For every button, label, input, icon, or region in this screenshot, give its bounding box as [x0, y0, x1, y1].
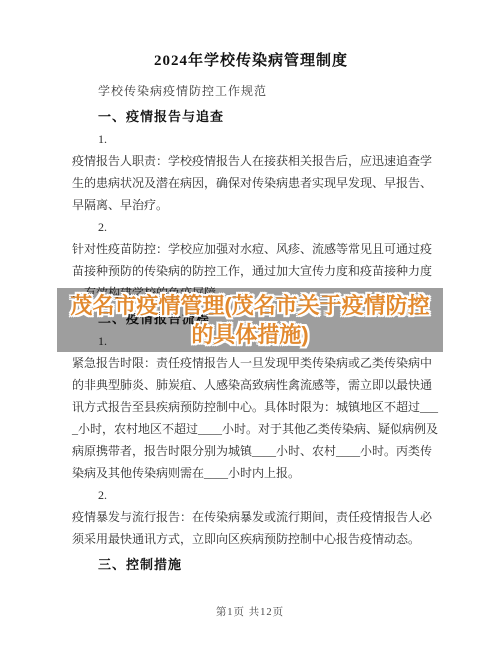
doc-subtitle: 学校传染病疫情防控工作规范 — [98, 80, 430, 102]
paragraph: 疫情报告人职责：学校疫情报告人在接获相关报告后，应迅速追查学生的患病状况及潜在病… — [72, 150, 430, 216]
paragraph: 紧急报告时限：责任疫情报告人一旦发现甲类传染病或乙类传染病中的非典型肺炎、肺炭疽… — [72, 352, 430, 484]
paragraph-line: 早隔离、早治疗。 — [72, 194, 430, 216]
paragraph-line: 须采用最快通讯方式，立即向区疾病预防控制中心报告疫情动态。 — [72, 528, 430, 550]
watermark-band: 茂名市疫情管理(茂名市关于疫情防控 的具体措施) — [57, 288, 443, 352]
watermark-title-line-2: 的具体措施) — [191, 320, 308, 349]
section-heading-1: 一、疫情报告与追查 — [98, 106, 430, 128]
page-number-footer: 第1页 共12页 — [0, 604, 500, 619]
list-number: 2. — [98, 484, 430, 506]
paragraph-line: 苗接种预防的传染病的防控工作，通过加大宣传力度和疫苗接种力度 — [72, 260, 430, 282]
paragraph-line: 疫情报告人职责：学校疫情报告人在接获相关报告后，应迅速追查学 — [72, 150, 430, 172]
paragraph-line: 疫情暴发与流行报告：在传染病暴发或流行期间，责任疫情报告人必 — [72, 506, 430, 528]
paragraph-line: 紧急报告时限：责任疫情报告人一旦发现甲类传染病或乙类传染病中 — [72, 352, 430, 374]
paragraph-line: 染病及其他传染病则需在____小时内上报。 — [72, 462, 430, 484]
doc-title: 2024年学校传染病管理制度 — [72, 50, 430, 72]
watermark-title-line-1: 茂名市疫情管理(茂名市关于疫情防控 — [70, 291, 429, 320]
paragraph-line: 讯方式报告至县疾病预防控制中心。具体时限为：城镇地区不超过___ — [72, 396, 430, 418]
paragraph-line: _小时，农村地区不超过____小时。对于其他乙类传染病、疑似病例及 — [72, 418, 430, 440]
paragraph: 疫情暴发与流行报告：在传染病暴发或流行期间，责任疫情报告人必须采用最快通讯方式，… — [72, 506, 430, 550]
list-number: 1. — [98, 128, 430, 150]
paragraph-line: 病原携带者，报告时限分别为城镇____小时、农村____小时。丙类传 — [72, 440, 430, 462]
paragraph-line: 的非典型肺炎、肺炭疽、人感染高致病性禽流感等，需立即以最快通 — [72, 374, 430, 396]
paragraph-line: 针对性疫苗防控：学校应加强对水痘、风疹、流感等常见且可通过疫 — [72, 238, 430, 260]
document-page: 2024年学校传染病管理制度学校传染病疫情防控工作规范一、疫情报告与追查1.疫情… — [0, 0, 500, 647]
paragraph-line: 生的患病状况及潜在病因，确保对传染病患者实现早发现、早报告、 — [72, 172, 430, 194]
list-number: 2. — [98, 216, 430, 238]
section-heading-3: 三、控制措施 — [98, 554, 430, 576]
